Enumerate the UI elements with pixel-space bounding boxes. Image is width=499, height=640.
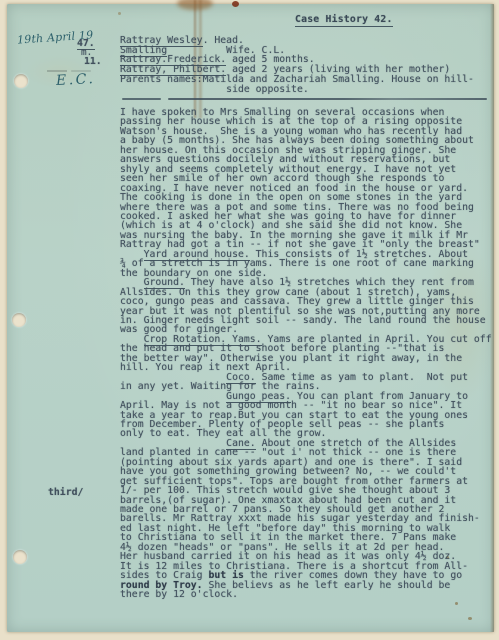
handwritten-initials: E.C. bbox=[56, 71, 96, 89]
divider-rule bbox=[168, 98, 487, 100]
report-body: I have spoken to Mrs Smalling on several… bbox=[120, 108, 492, 600]
household-register: Rattray Wesley. Head.Smalling Wife. C.L.… bbox=[120, 36, 474, 94]
margin-note-11: 11. bbox=[84, 56, 102, 67]
punch-hole-bottom bbox=[13, 550, 27, 564]
typed-text: She believs as he left early he should b… bbox=[203, 580, 451, 591]
punch-hole-top bbox=[14, 74, 28, 88]
typed-text: side opposite. bbox=[120, 84, 309, 95]
punch-hole-middle bbox=[12, 313, 26, 327]
document-page: Case History 42. 19th April 19 47. m. 11… bbox=[0, 0, 499, 640]
typed-line: there by 12 o'clock. bbox=[120, 590, 492, 599]
page-title: Case History 42. bbox=[295, 14, 393, 27]
paper-speck bbox=[455, 602, 458, 605]
paper-speck bbox=[118, 12, 121, 15]
divider-rule bbox=[122, 98, 161, 100]
pencil-mark bbox=[47, 70, 67, 72]
paper-speck bbox=[468, 617, 472, 620]
margin-note-third: third/ bbox=[48, 487, 83, 498]
typed-line: side opposite. bbox=[120, 85, 474, 95]
typed-text: there by 12 o'clock. bbox=[120, 589, 238, 600]
